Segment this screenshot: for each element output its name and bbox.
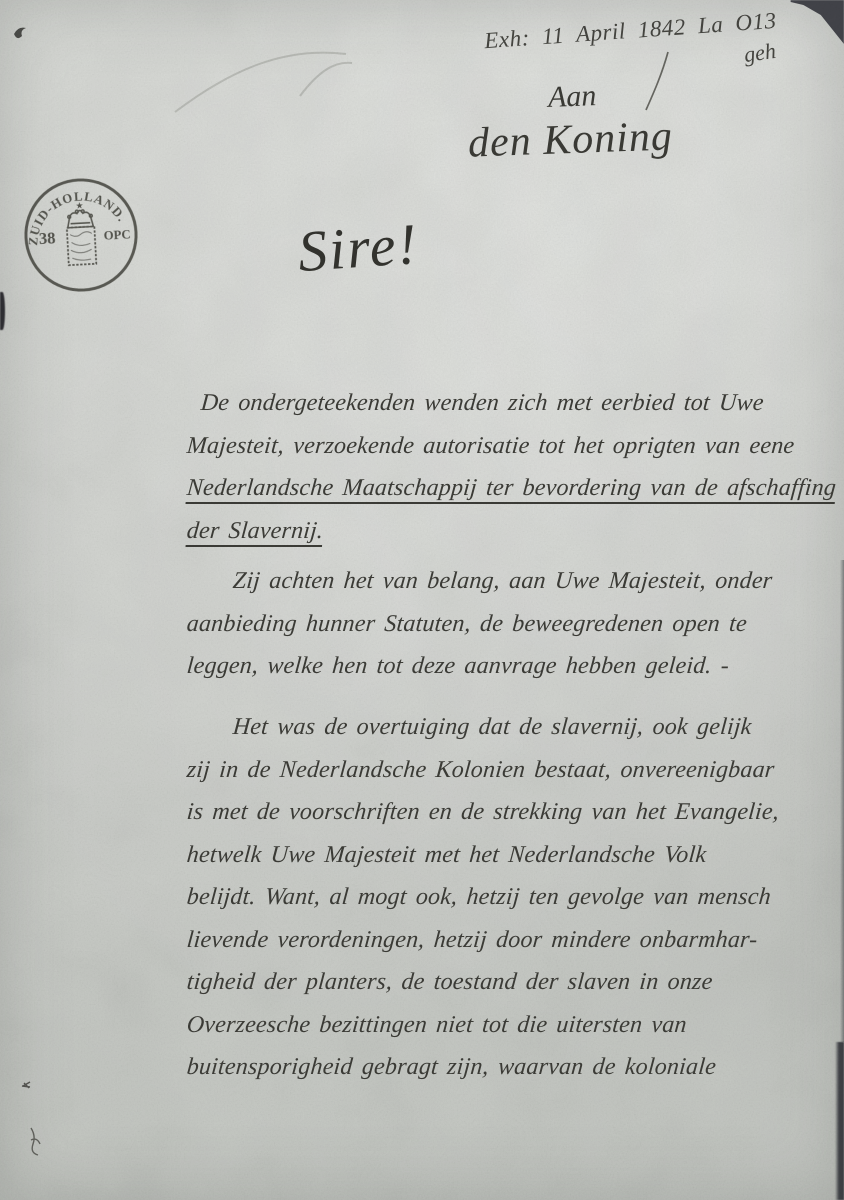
pencil-scribble — [175, 53, 352, 112]
body-line: Overzeesche bezittingen niet tot die uit… — [185, 1004, 844, 1047]
ink-flourish — [646, 52, 668, 110]
margin-mark-2 — [31, 1128, 40, 1155]
addressee-aan: Aan — [547, 79, 596, 115]
body-line: leggen, welke hen tot deze aanvrage hebb… — [185, 645, 844, 688]
paragraph-overtuiging: Het was de overtuiging dat de slavernij,… — [185, 706, 844, 1089]
stamp-shield-icon — [67, 226, 96, 265]
body-line: is met de voorschriften en de strekking … — [185, 791, 844, 834]
margin-mark-1 — [22, 1082, 30, 1088]
stamp-crown-icon — [67, 209, 93, 227]
body-line: Het was de overtuiging dat de slavernij,… — [185, 706, 844, 749]
body-line: belijdt. Want, al mogt ook, hetzij ten g… — [185, 876, 844, 919]
salutation-sire: Sire! — [296, 210, 421, 285]
right-edge-shadow-lower — [835, 1042, 844, 1200]
body-line: Zij achten het van belang, aan Uwe Majes… — [185, 560, 844, 603]
exh-annotation: Exh: 11 April 1842 La O13 — [484, 4, 835, 54]
body-line: buitensporigheid gebragt zijn, waarvan d… — [185, 1046, 844, 1089]
body-line: Majesteit, verzoekende autorisatie tot h… — [185, 425, 844, 468]
ink-blot — [14, 28, 26, 38]
body-line: aanbieding hunner Statuten, de beweegred… — [185, 603, 844, 646]
stamp-left-number: 38 — [38, 228, 56, 248]
paragraph-request: De ondergeteekenden wenden zich met eerb… — [185, 382, 844, 552]
right-edge-shadow — [840, 560, 844, 1042]
body-line: zij in de Nederlandsche Kolonien bestaat… — [185, 749, 844, 792]
zuid-holland-stamp: ZUID-HOLLAND. ★ 38 OPC — [19, 173, 143, 297]
body-line-underlined: Nederlandsche Maatschappij ter bevorderi… — [185, 467, 844, 510]
addressee-den-koning: den Koning — [467, 112, 673, 167]
body-line: De ondergeteekenden wenden zich met eerb… — [185, 382, 844, 425]
scanned-letter-page: Exh: 11 April 1842 La O13 geh Aan den Ko… — [0, 0, 844, 1200]
body-line: hetwelk Uwe Majesteit met het Nederlands… — [185, 834, 844, 877]
paragraph-statuten: Zij achten het van belang, aan Uwe Majes… — [185, 560, 844, 688]
geh-annotation: geh — [742, 38, 777, 68]
stamp-right-text: OPC — [103, 227, 131, 242]
left-edge-mark — [0, 292, 5, 330]
body-line: tigheid der planters, de toestand der sl… — [185, 961, 844, 1004]
body-line: lievende verordeningen, hetzij door mind… — [185, 919, 844, 962]
body-line-underlined: der Slavernij. — [185, 510, 844, 553]
